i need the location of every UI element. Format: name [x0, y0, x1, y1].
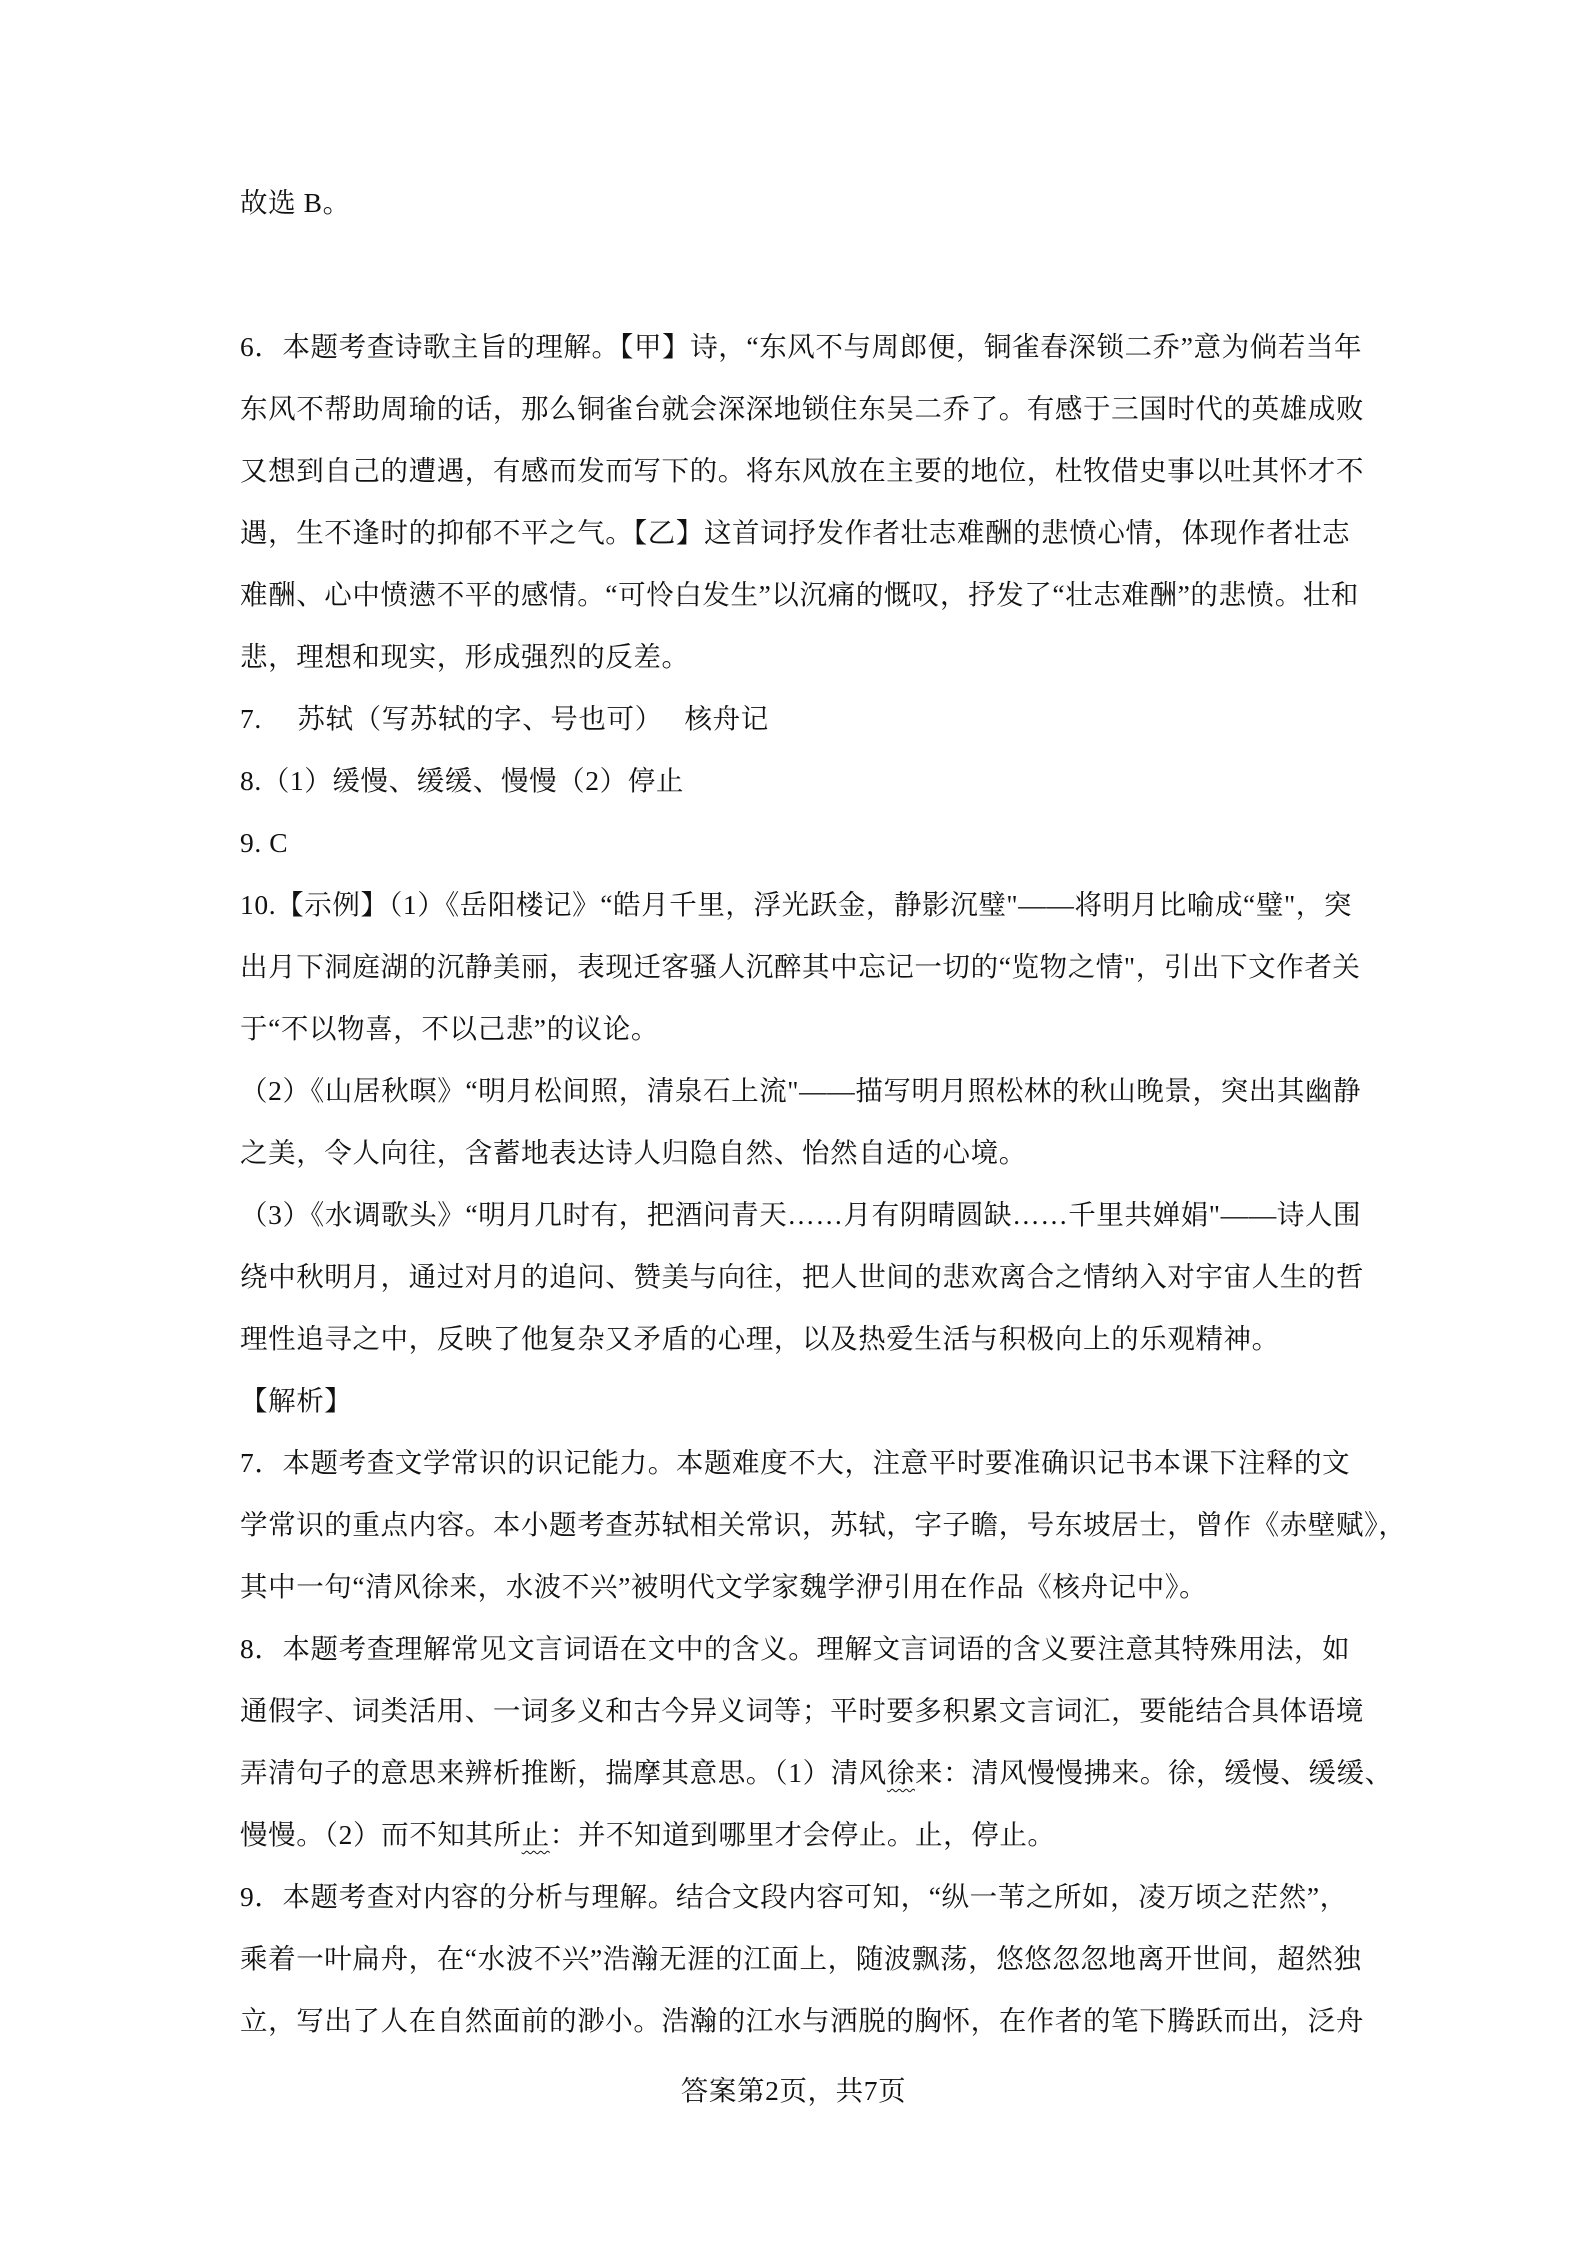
- line-segment: 慢慢。（2）而不知其所: [240, 1819, 522, 1850]
- answer-line: 其中一句“清风徐来，水波不兴”被明代文学家魏学洢引用在作品《核舟记中》。: [240, 1556, 1347, 1618]
- answer-line: 之美，令人向往，含蓄地表达诗人归隐自然、怡然自适的心境。: [240, 1122, 1347, 1184]
- answer-line: 10.【示例】（1）《岳阳楼记》“皓月千里，浮光跃金，静影沉璧"——将明月比喻成…: [240, 874, 1347, 936]
- answer-line: 8.（1）缓慢、缓缓、慢慢（2）停止: [240, 750, 1347, 812]
- answer-line: 弄清句子的意思来辨析推断，揣摩其意思。（1）清风徐来：清风慢慢拂来。徐，缓慢、缓…: [240, 1742, 1347, 1804]
- answer-line: （2）《山居秋暝》“明月松间照，清泉石上流"——描写明月照松林的秋山晚景，突出其…: [240, 1060, 1347, 1122]
- answer-line: 通假字、词类活用、一词多义和古今异义词等；平时要多积累文言词汇，要能结合具体语境: [240, 1680, 1347, 1742]
- answer-line: 绕中秋明月，通过对月的追问、赞美与向往，把人世间的悲欢离合之情纳入对宇宙人生的哲: [240, 1246, 1347, 1308]
- wavy-underlined-char: 徐: [887, 1757, 915, 1788]
- page-footer: 答案第2页，共7页: [240, 2060, 1347, 2122]
- document-page: 故选 B。 6．本题考查诗歌主旨的理解。【甲】诗，“东风不与周郎便，铜雀春深锁二…: [0, 0, 1587, 2245]
- answer-line: 遇，生不逢时的抑郁不平之气。【乙】这首词抒发作者壮志难酬的悲愤心情，体现作者壮志: [240, 502, 1347, 564]
- answer-line: 7．本题考查文学常识的识记能力。本题难度不大，注意平时要准确识记书本课下注释的文: [240, 1432, 1347, 1494]
- wavy-underlined-char: 止: [522, 1819, 550, 1850]
- answer-line: 难酬、心中愤懑不平的感情。“可怜白发生”以沉痛的慨叹，抒发了“壮志难酬”的悲愤。…: [240, 564, 1347, 626]
- line-segment: 来：清风慢慢拂来。徐，缓慢、缓缓、: [915, 1757, 1393, 1788]
- answer-line: 东风不帮助周瑜的话，那么铜雀台就会深深地锁住东吴二乔了。有感于三国时代的英雄成败: [240, 378, 1347, 440]
- answer-line: 又想到自己的遭遇，有感而发而写下的。将东风放在主要的地位，杜牧借史事以吐其怀才不: [240, 440, 1347, 502]
- answer-line: 故选 B。: [240, 172, 1347, 234]
- answer-text-block: 故选 B。 6．本题考查诗歌主旨的理解。【甲】诗，“东风不与周郎便，铜雀春深锁二…: [240, 172, 1347, 2122]
- answer-line: 理性追寻之中，反映了他复杂又矛盾的心理，以及热爱生活与积极向上的乐观精神。: [240, 1308, 1347, 1370]
- answer-line: 学常识的重点内容。本小题考查苏轼相关常识，苏轼，字子瞻，号东坡居士，曾作《赤壁赋…: [240, 1494, 1347, 1556]
- line-segment: ：并不知道到哪里才会停止。止，停止。: [550, 1819, 1056, 1850]
- answer-line: 立，写出了人在自然面前的渺小。浩瀚的江水与洒脱的胸怀，在作者的笔下腾跃而出，泛舟: [240, 1990, 1347, 2052]
- answer-line: 9. C: [240, 812, 1347, 874]
- answer-line: 出月下洞庭湖的沉静美丽，表现迁客骚人沉醉其中忘记一切的“览物之情"，引出下文作者…: [240, 936, 1347, 998]
- answer-line: 于“不以物喜，不以己悲”的议论。: [240, 998, 1347, 1060]
- answer-line: 9．本题考查对内容的分析与理解。结合文段内容可知，“纵一苇之所如，凌万顷之茫然”…: [240, 1866, 1347, 1928]
- answer-line: 悲，理想和现实，形成强烈的反差。: [240, 626, 1347, 688]
- answer-line: 6．本题考查诗歌主旨的理解。【甲】诗，“东风不与周郎便，铜雀春深锁二乔”意为倘若…: [240, 316, 1347, 378]
- line-segment: 弄清句子的意思来辨析推断，揣摩其意思。（1）清风: [240, 1757, 887, 1788]
- section-heading: 【解析】: [240, 1370, 1347, 1432]
- answer-line: 8．本题考查理解常见文言词语在文中的含义。理解文言词语的含义要注意其特殊用法，如: [240, 1618, 1347, 1680]
- answer-line: 慢慢。（2）而不知其所止：并不知道到哪里才会停止。止，停止。: [240, 1804, 1347, 1866]
- answer-line: 7. 苏轼（写苏轼的字、号也可） 核舟记: [240, 688, 1347, 750]
- answer-line: 乘着一叶扁舟，在“水波不兴”浩瀚无涯的江面上，随波飘荡，悠悠忽忽地离开世间，超然…: [240, 1928, 1347, 1990]
- answer-line: （3）《水调歌头》“明月几时有，把酒问青天……月有阴晴圆缺……千里共婵娟"——诗…: [240, 1184, 1347, 1246]
